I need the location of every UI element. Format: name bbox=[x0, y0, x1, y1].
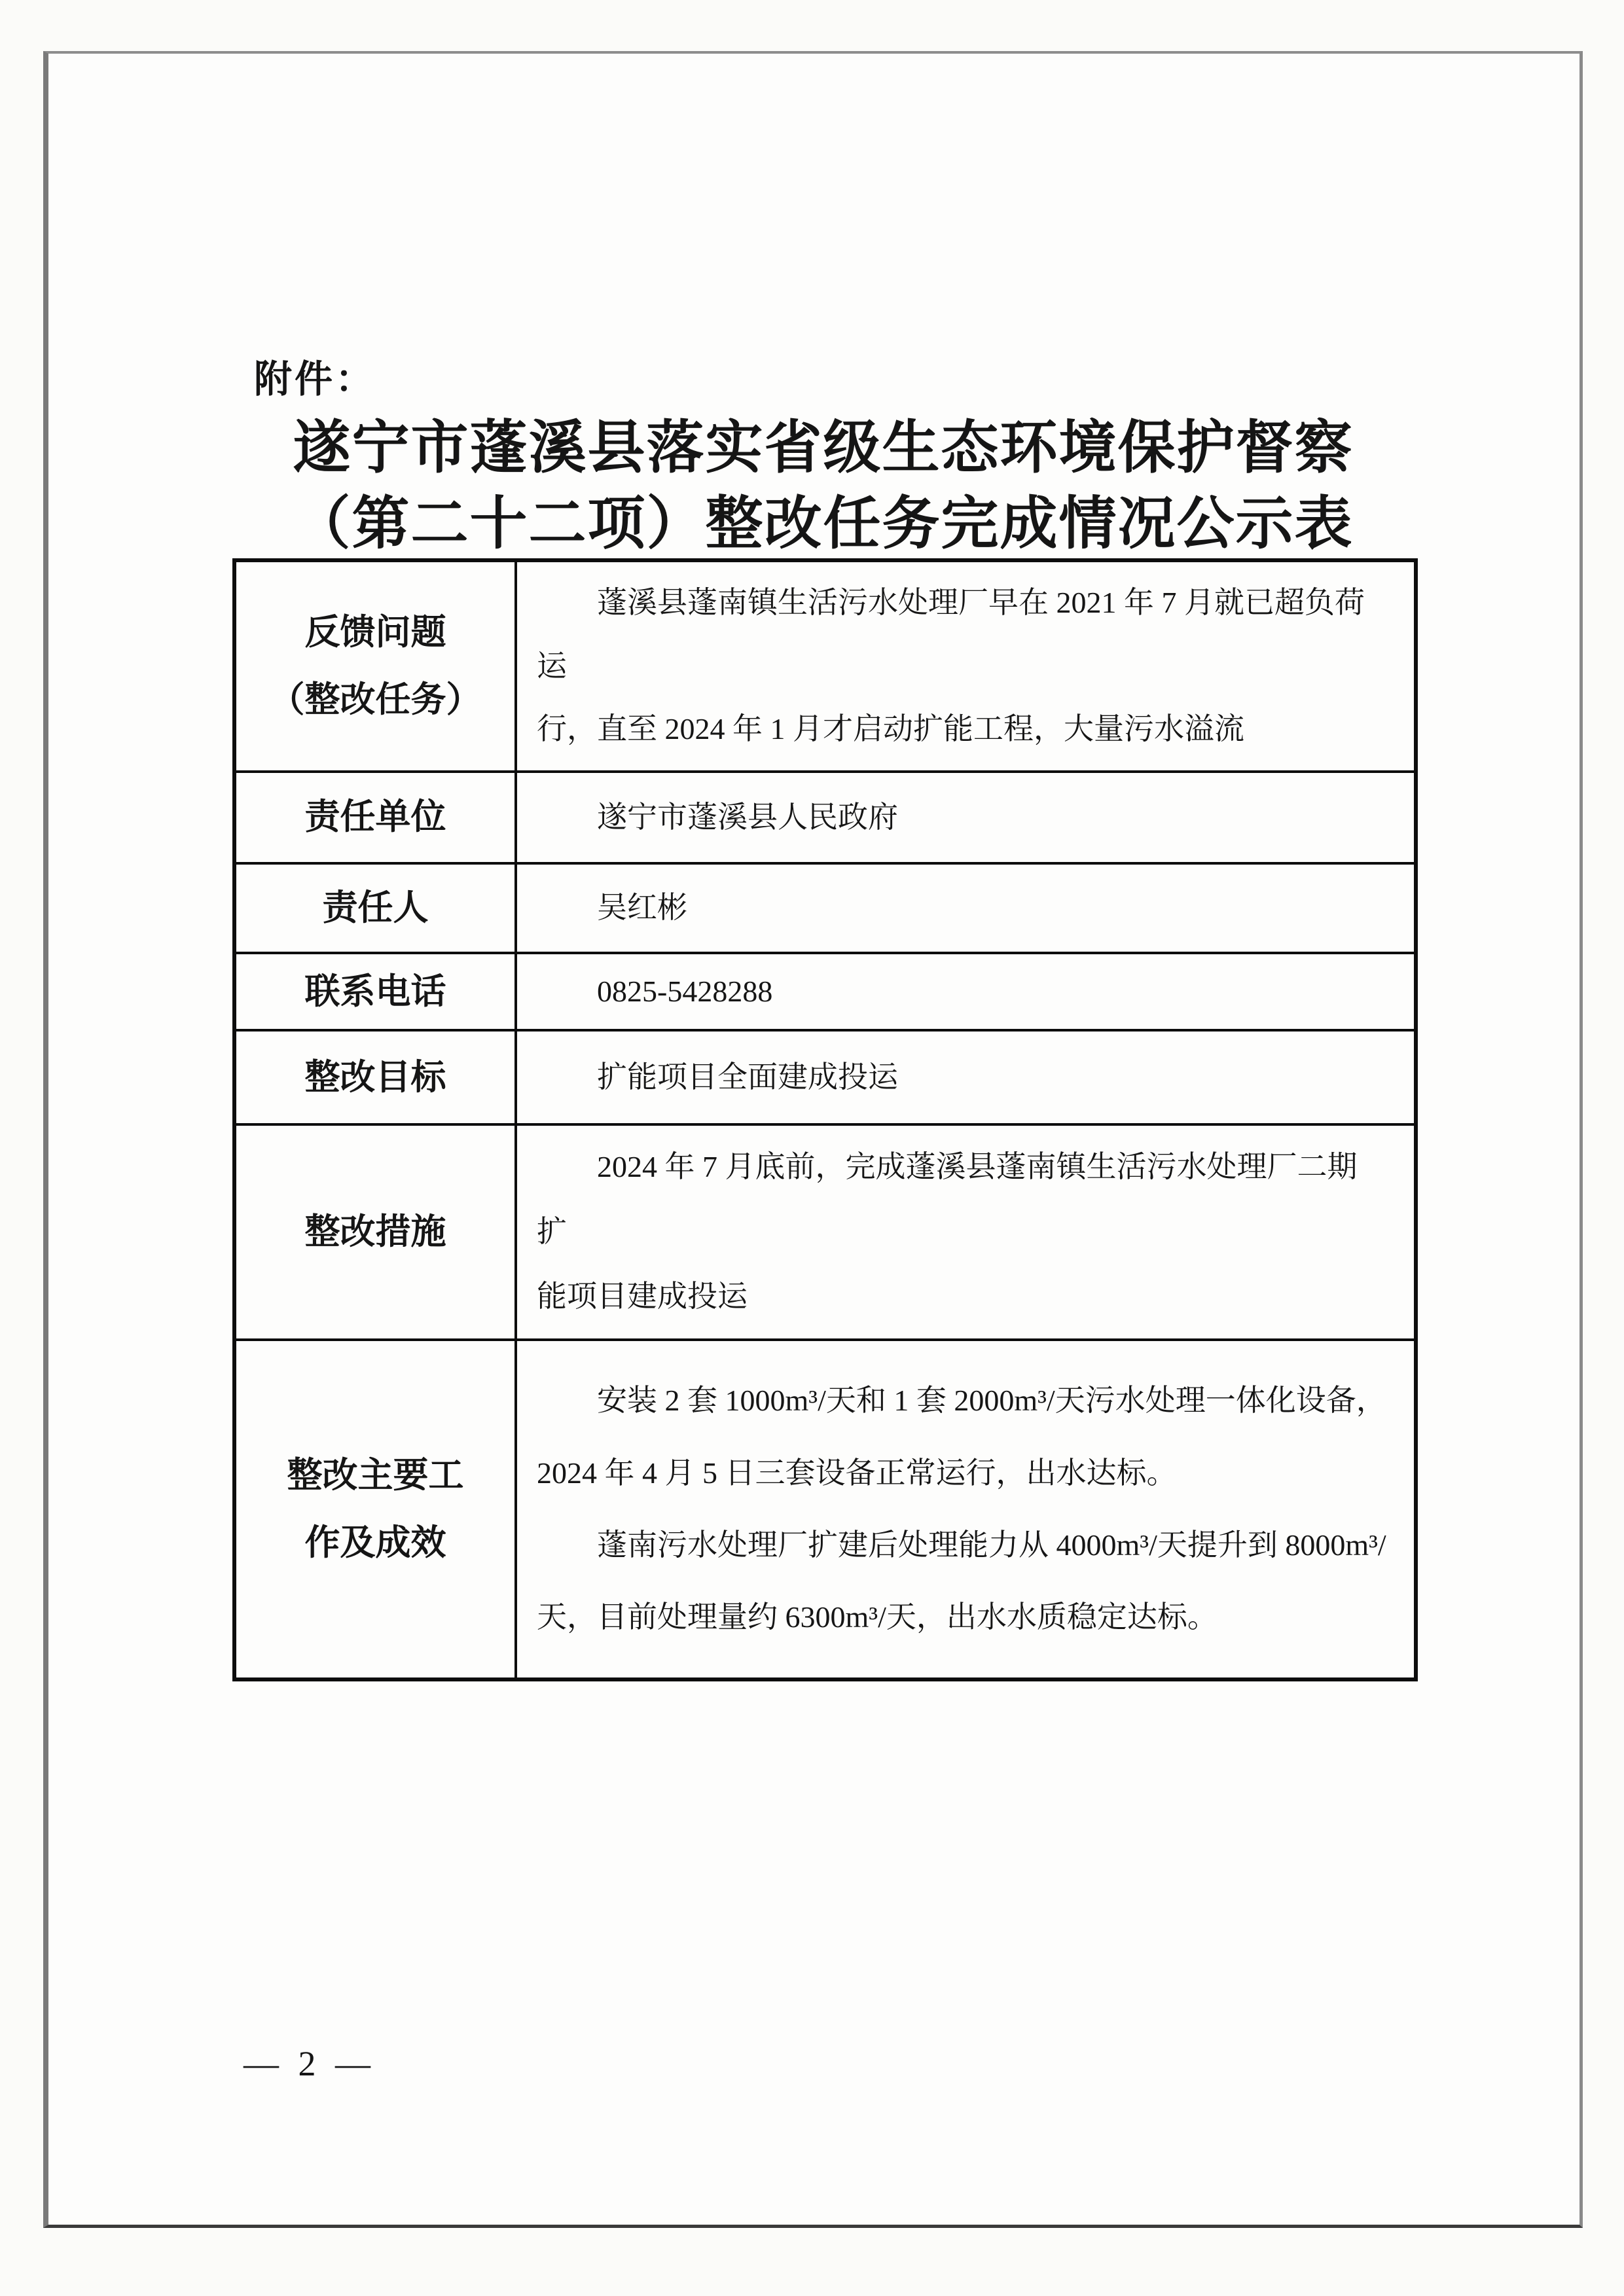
row-label-contact-phone: 联系电话 bbox=[234, 953, 516, 1031]
row-label-rectification-measures: 整改措施 bbox=[234, 1124, 516, 1340]
rectification-status-table: 反馈问题 （整改任务） 蓬溪县蓬南镇生活污水处理厂早在 2021 年 7 月就已… bbox=[232, 558, 1418, 1681]
scanned-document-page: 附件： 遂宁市蓬溪县落实省级生态环境保护督察 （第二十二项）整改任务完成情况公示… bbox=[0, 0, 1624, 2296]
row-value-responsible-person: 吴红彬 bbox=[516, 863, 1416, 953]
table-row-feedback-problem: 反馈问题 （整改任务） 蓬溪县蓬南镇生活污水处理厂早在 2021 年 7 月就已… bbox=[234, 560, 1416, 772]
document-title: 遂宁市蓬溪县落实省级生态环境保护督察 （第二十二项）整改任务完成情况公示表 bbox=[232, 411, 1414, 563]
table-row-rectification-goal: 整改目标 扩能项目全面建成投运 bbox=[234, 1030, 1416, 1124]
main-work-paragraph-2: 蓬南污水处理厂扩建后处理能力从 4000m³/天提升到 8000m³/ 天，目前… bbox=[537, 1509, 1386, 1654]
row-label-responsible-unit: 责任单位 bbox=[234, 772, 516, 863]
row-label-main-work-results: 整改主要工 作及成效 bbox=[234, 1340, 516, 1679]
row-value-rectification-goal: 扩能项目全面建成投运 bbox=[516, 1030, 1416, 1124]
row-value-feedback-problem: 蓬溪县蓬南镇生活污水处理厂早在 2021 年 7 月就已超负荷运 行，直至 20… bbox=[516, 560, 1416, 772]
row-value-contact-phone: 0825-5428288 bbox=[516, 953, 1416, 1031]
table-row-rectification-measures: 整改措施 2024 年 7 月底前，完成蓬溪县蓬南镇生活污水处理厂二期扩 能项目… bbox=[234, 1124, 1416, 1340]
responsible-unit-text: 遂宁市蓬溪县人民政府 bbox=[537, 797, 1386, 838]
table-row-responsible-unit: 责任单位 遂宁市蓬溪县人民政府 bbox=[234, 772, 1416, 863]
main-work-paragraph-1: 安装 2 套 1000m³/天和 1 套 2000m³/天污水处理一体化设备， … bbox=[537, 1365, 1386, 1509]
rectification-goal-text: 扩能项目全面建成投运 bbox=[537, 1056, 1386, 1098]
row-value-responsible-unit: 遂宁市蓬溪县人民政府 bbox=[516, 772, 1416, 863]
rectification-measures-text: 2024 年 7 月底前，完成蓬溪县蓬南镇生活污水处理厂二期扩 能项目建成投运 bbox=[537, 1135, 1386, 1329]
responsible-person-text: 吴红彬 bbox=[537, 887, 1386, 929]
contact-phone-text: 0825-5428288 bbox=[537, 971, 1386, 1013]
table-row-contact-phone: 联系电话 0825-5428288 bbox=[234, 953, 1416, 1031]
feedback-problem-text: 蓬溪县蓬南镇生活污水处理厂早在 2021 年 7 月就已超负荷运 行，直至 20… bbox=[537, 571, 1386, 761]
row-label-responsible-person: 责任人 bbox=[234, 863, 516, 953]
attachment-label: 附件： bbox=[254, 348, 376, 403]
page-number: — 2 — bbox=[244, 2043, 376, 2084]
row-value-main-work-results: 安装 2 套 1000m³/天和 1 套 2000m³/天污水处理一体化设备， … bbox=[516, 1340, 1416, 1679]
row-label-rectification-goal: 整改目标 bbox=[234, 1030, 516, 1124]
table-row-responsible-person: 责任人 吴红彬 bbox=[234, 863, 1416, 953]
document-title-line-1: 遂宁市蓬溪县落实省级生态环境保护督察 bbox=[232, 411, 1414, 487]
document-title-line-2: （第二十二项）整改任务完成情况公示表 bbox=[232, 487, 1414, 563]
row-label-feedback-problem: 反馈问题 （整改任务） bbox=[234, 560, 516, 772]
table-row-main-work-results: 整改主要工 作及成效 安装 2 套 1000m³/天和 1 套 2000m³/天… bbox=[234, 1340, 1416, 1679]
row-value-rectification-measures: 2024 年 7 月底前，完成蓬溪县蓬南镇生活污水处理厂二期扩 能项目建成投运 bbox=[516, 1124, 1416, 1340]
